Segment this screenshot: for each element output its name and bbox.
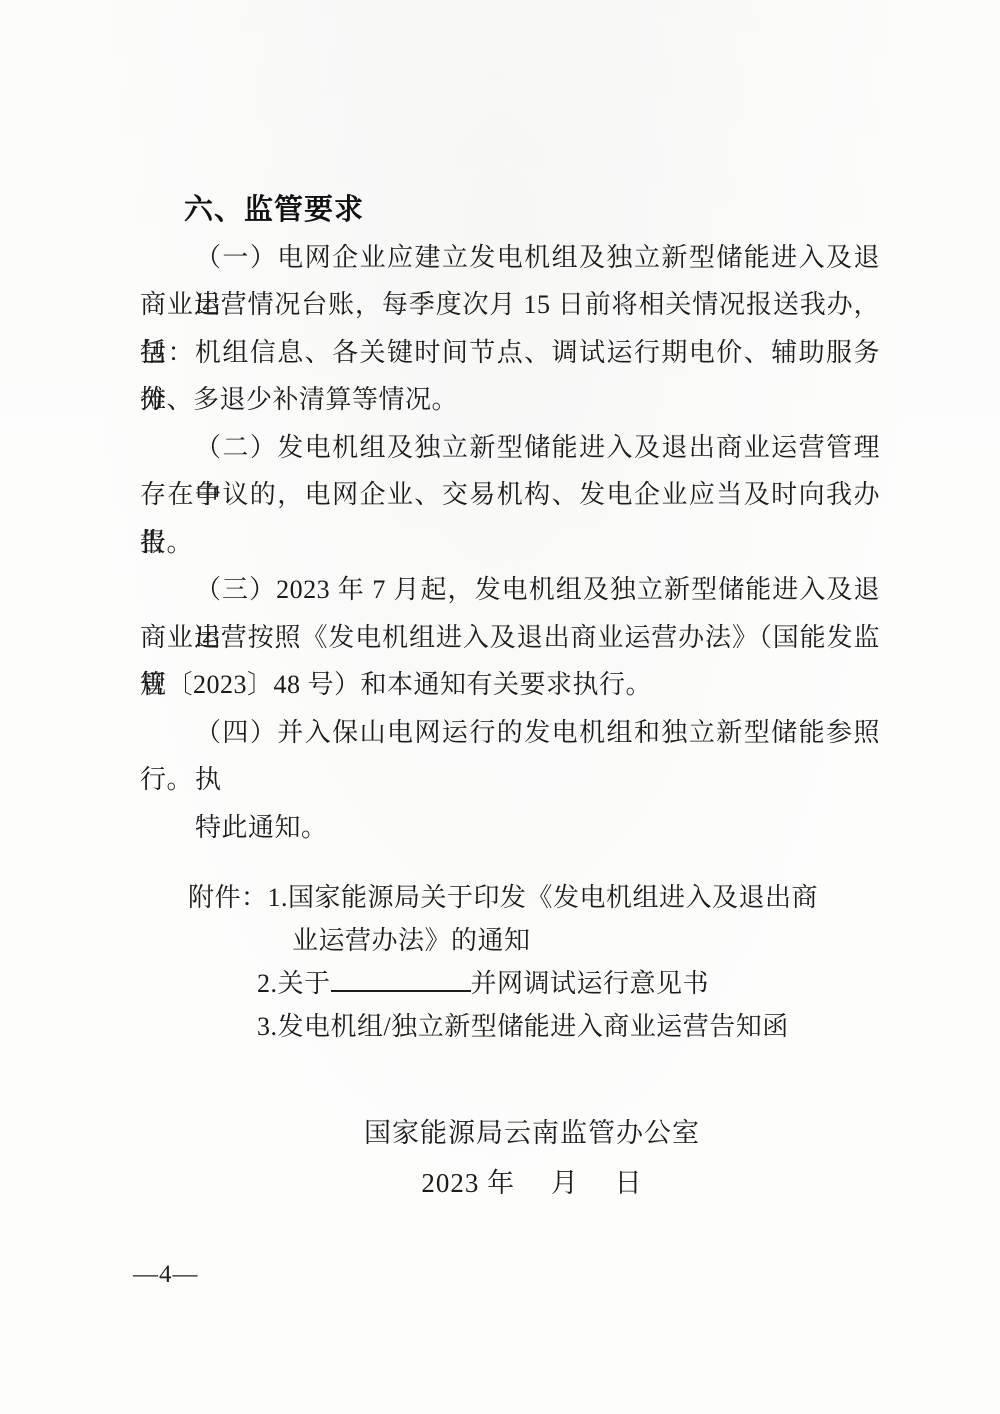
paragraph1-line1: （一）电网企业应建立发电机组及独立新型储能进入及退出: [140, 234, 880, 282]
signature-organization: 国家能源局云南监管办公室: [32, 1108, 1000, 1158]
paragraph3-line3: 规〔2023〕48 号）和本通知有关要求执行。: [140, 661, 880, 709]
attachment-item1-text: 1.国家能源局关于印发《发电机组进入及退出商: [268, 883, 819, 912]
page-number: —4—: [133, 1261, 199, 1289]
closing-line: 特此通知。: [140, 804, 880, 852]
paragraph2-line2: 存在争议的，电网企业、交易机构、发电企业应当及时向我办报: [140, 471, 880, 519]
fill-in-blank-underline: [331, 967, 471, 992]
paragraph2-line1: （二）发电机组及独立新型储能进入及退出商业运营管理中: [140, 424, 880, 472]
document-body: 六、监管要求 （一）电网企业应建立发电机组及独立新型储能进入及退出 商业运营情况…: [140, 186, 880, 851]
attachments-block: 附件：1.国家能源局关于印发《发电机组进入及退出商 业运营办法》的通知 2.关于…: [140, 876, 880, 1048]
paragraph4-line1: （四）并入保山电网运行的发电机组和独立新型储能参照执: [140, 709, 880, 757]
attachment-item2-suffix: 并网调试运行意见书: [471, 969, 710, 998]
attachment-line-4: 3.发电机组/独立新型储能进入商业运营告知函: [140, 1005, 880, 1048]
attachment-item2-prefix: 2.关于: [257, 969, 331, 998]
paragraph1-line4: 摊、多退少补清算等情况。: [140, 376, 880, 424]
attachment-line-3: 2.关于并网调试运行意见书: [140, 962, 880, 1005]
section-heading: 六、监管要求: [140, 186, 880, 234]
attachment-line-2: 业运营办法》的通知: [140, 919, 880, 962]
paragraph3-line1: （三）2023 年 7 月起，发电机组及独立新型储能进入及退出: [140, 566, 880, 614]
attachment-line-1: 附件：1.国家能源局关于印发《发电机组进入及退出商: [140, 876, 880, 919]
paragraph2-line3: 告。: [140, 519, 880, 567]
paragraph4-line2: 行。: [140, 756, 880, 804]
paragraph3-line2: 商业运营按照《发电机组进入及退出商业运营办法》（国能发监管: [140, 614, 880, 662]
signature-block: 国家能源局云南监管办公室 2023 年 月 日: [0, 1108, 1000, 1208]
document-page: 六、监管要求 （一）电网企业应建立发电机组及独立新型储能进入及退出 商业运营情况…: [0, 0, 1000, 1414]
paragraph1-line2: 商业运营情况台账，每季度次月 15 日前将相关情况报送我办，包: [140, 281, 880, 329]
signature-date: 2023 年 月 日: [32, 1158, 1000, 1208]
paragraph1-line3: 括：机组信息、各关键时间节点、调试运行期电价、辅助服务分: [140, 329, 880, 377]
attachments-label: 附件：: [188, 883, 268, 912]
